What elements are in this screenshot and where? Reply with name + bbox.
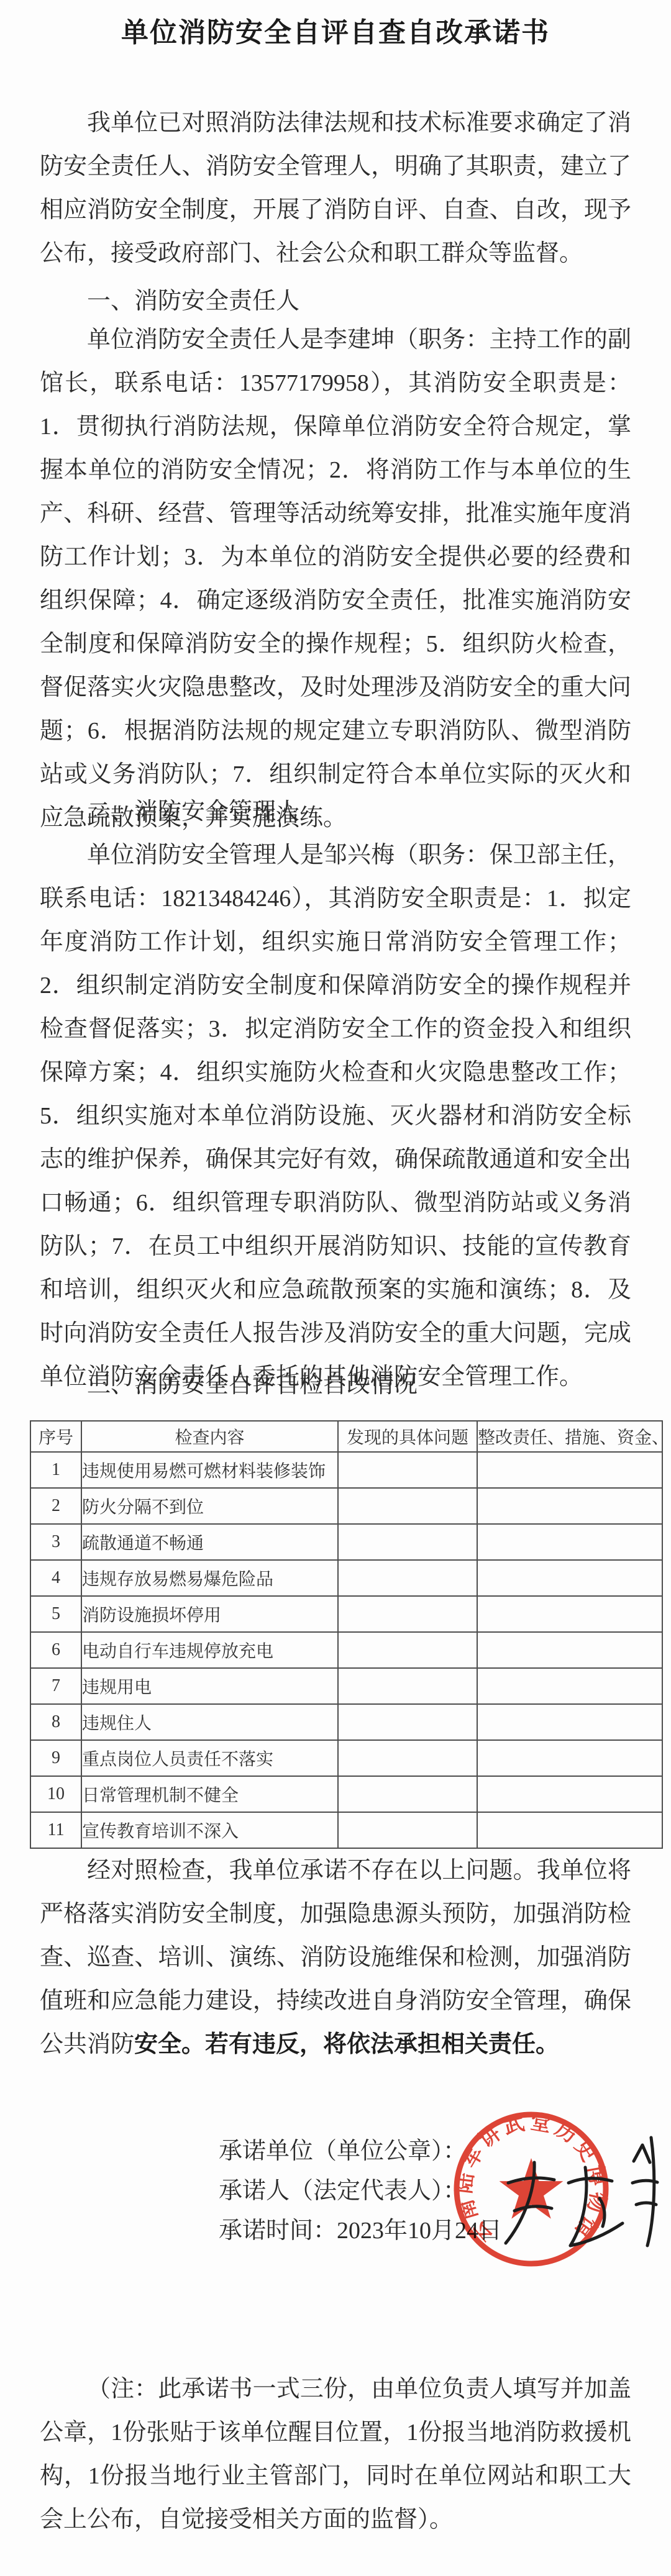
row-problem [338, 1632, 477, 1668]
scanned-document-page: 单位消防安全自评自查自改承诺书 我单位已对照消防法律法规和技术标准要求确定了消防… [0, 0, 671, 2576]
row-content: 日常管理机制不健全 [81, 1776, 338, 1812]
handwritten-signature [485, 2124, 671, 2261]
table-row: 7违规用电 [30, 1668, 662, 1704]
document-title: 单位消防安全自评自查自改承诺书 [0, 14, 671, 52]
row-no: 1 [30, 1452, 81, 1488]
table-row: 5消防设施损坏停用 [30, 1596, 662, 1632]
note-paragraph: （注：此承诺书一式三份，由单位负责人填写并加盖公章，1份张贴于该单位醒目位置，1… [40, 2367, 631, 2541]
row-no: 9 [30, 1740, 81, 1776]
row-problem [338, 1812, 477, 1848]
row-problem [338, 1488, 477, 1524]
row-content: 宣传教育培训不深入 [81, 1812, 338, 1848]
signature-stroke [568, 2179, 612, 2183]
row-problem [338, 1452, 477, 1488]
signature-stroke [508, 2178, 554, 2183]
table-row: 10日常管理机制不健全 [30, 1776, 662, 1812]
row-problem [338, 1524, 477, 1560]
intro-paragraph: 我单位已对照消防法律法规和技术标准要求确定了消防安全责任人、消防安全管理人，明确… [40, 101, 631, 275]
col-header-content: 检查内容 [81, 1421, 338, 1452]
row-no: 2 [30, 1488, 81, 1524]
table-row: 9重点岗位人员责任不落实 [30, 1740, 662, 1776]
row-rectification [477, 1488, 662, 1524]
signature-stroke [514, 2206, 552, 2211]
row-no: 4 [30, 1560, 81, 1596]
row-rectification [477, 1812, 662, 1848]
col-header-no: 序号 [30, 1421, 81, 1452]
table-row: 11宣传教育培训不深入 [30, 1812, 662, 1848]
table-row: 6电动自行车违规停放充电 [30, 1632, 662, 1668]
row-problem [338, 1704, 477, 1740]
signature-stroke [634, 2145, 650, 2162]
row-rectification [477, 1452, 662, 1488]
row-content: 电动自行车违规停放充电 [81, 1632, 338, 1668]
row-rectification [477, 1668, 662, 1704]
col-header-rectification: 整改责任、措施、资金、 [477, 1421, 662, 1452]
row-problem [338, 1776, 477, 1812]
row-no: 11 [30, 1812, 81, 1848]
conclusion-bold-text: 安全。若有违反，将依法承担相关责任。 [134, 2031, 559, 2057]
conclusion-normal-text: 经对照检查，我单位承诺不存在以上问题。我单位将严格落实消防安全制度，加强隐患源头… [40, 1857, 631, 2057]
table-row: 4违规存放易燃易爆危险品 [30, 1560, 662, 1596]
section1-heading: 一、消防安全责任人 [40, 279, 631, 323]
table-row: 2防火分隔不到位 [30, 1488, 662, 1524]
row-rectification [477, 1596, 662, 1632]
row-problem [338, 1560, 477, 1596]
self-check-table: 序号 检查内容 发现的具体问题 整改责任、措施、资金、 1违规使用易燃可燃材料装… [30, 1420, 663, 1849]
table-header-row: 序号 检查内容 发现的具体问题 整改责任、措施、资金、 [30, 1421, 662, 1452]
row-no: 6 [30, 1632, 81, 1668]
conclusion-paragraph: 经对照检查，我单位承诺不存在以上问题。我单位将严格落实消防安全制度，加强隐患源头… [40, 1849, 631, 2066]
row-content: 违规存放易燃易爆危险品 [81, 1560, 338, 1596]
row-content: 重点岗位人员责任不落实 [81, 1740, 338, 1776]
row-content: 违规使用易燃可燃材料装修装饰 [81, 1452, 338, 1488]
table-row: 1违规使用易燃可燃材料装修装饰 [30, 1452, 662, 1488]
table-body: 1违规使用易燃可燃材料装修装饰2防火分隔不到位3疏散通道不畅通4违规存放易燃易爆… [30, 1452, 662, 1848]
row-no: 10 [30, 1776, 81, 1812]
row-no: 8 [30, 1704, 81, 1740]
row-content: 违规住人 [81, 1704, 338, 1740]
table-row: 8违规住人 [30, 1704, 662, 1740]
row-rectification [477, 1740, 662, 1776]
signature-stroke [636, 2203, 656, 2205]
row-no: 3 [30, 1524, 81, 1560]
row-problem [338, 1668, 477, 1704]
row-rectification [477, 1560, 662, 1596]
row-rectification [477, 1632, 662, 1668]
row-content: 消防设施损坏停用 [81, 1596, 338, 1632]
section2-paragraph: 单位消防安全管理人是邹兴梅（职务：保卫部主任，联系电话：18213484246）… [40, 833, 631, 1399]
signature-stroke [647, 2138, 654, 2246]
signature-stroke [600, 2198, 605, 2226]
section1-paragraph: 单位消防安全责任人是李建坤（职务：主持工作的副馆长，联系电话：135771799… [40, 318, 631, 840]
row-no: 7 [30, 1668, 81, 1704]
row-content: 防火分隔不到位 [81, 1488, 338, 1524]
row-rectification [477, 1776, 662, 1812]
row-problem [338, 1740, 477, 1776]
row-rectification [477, 1524, 662, 1560]
row-rectification [477, 1704, 662, 1740]
table-row: 3疏散通道不畅通 [30, 1524, 662, 1560]
signature-stroke [506, 2162, 534, 2243]
row-problem [338, 1596, 477, 1632]
row-no: 5 [30, 1596, 81, 1632]
section3-heading: 三、消防安全自评自检自改情况 [40, 1363, 631, 1407]
row-content: 疏散通道不畅通 [81, 1524, 338, 1560]
row-content: 违规用电 [81, 1668, 338, 1704]
section2-heading: 二、消防安全管理人 [40, 790, 631, 833]
col-header-problem: 发现的具体问题 [338, 1421, 477, 1452]
